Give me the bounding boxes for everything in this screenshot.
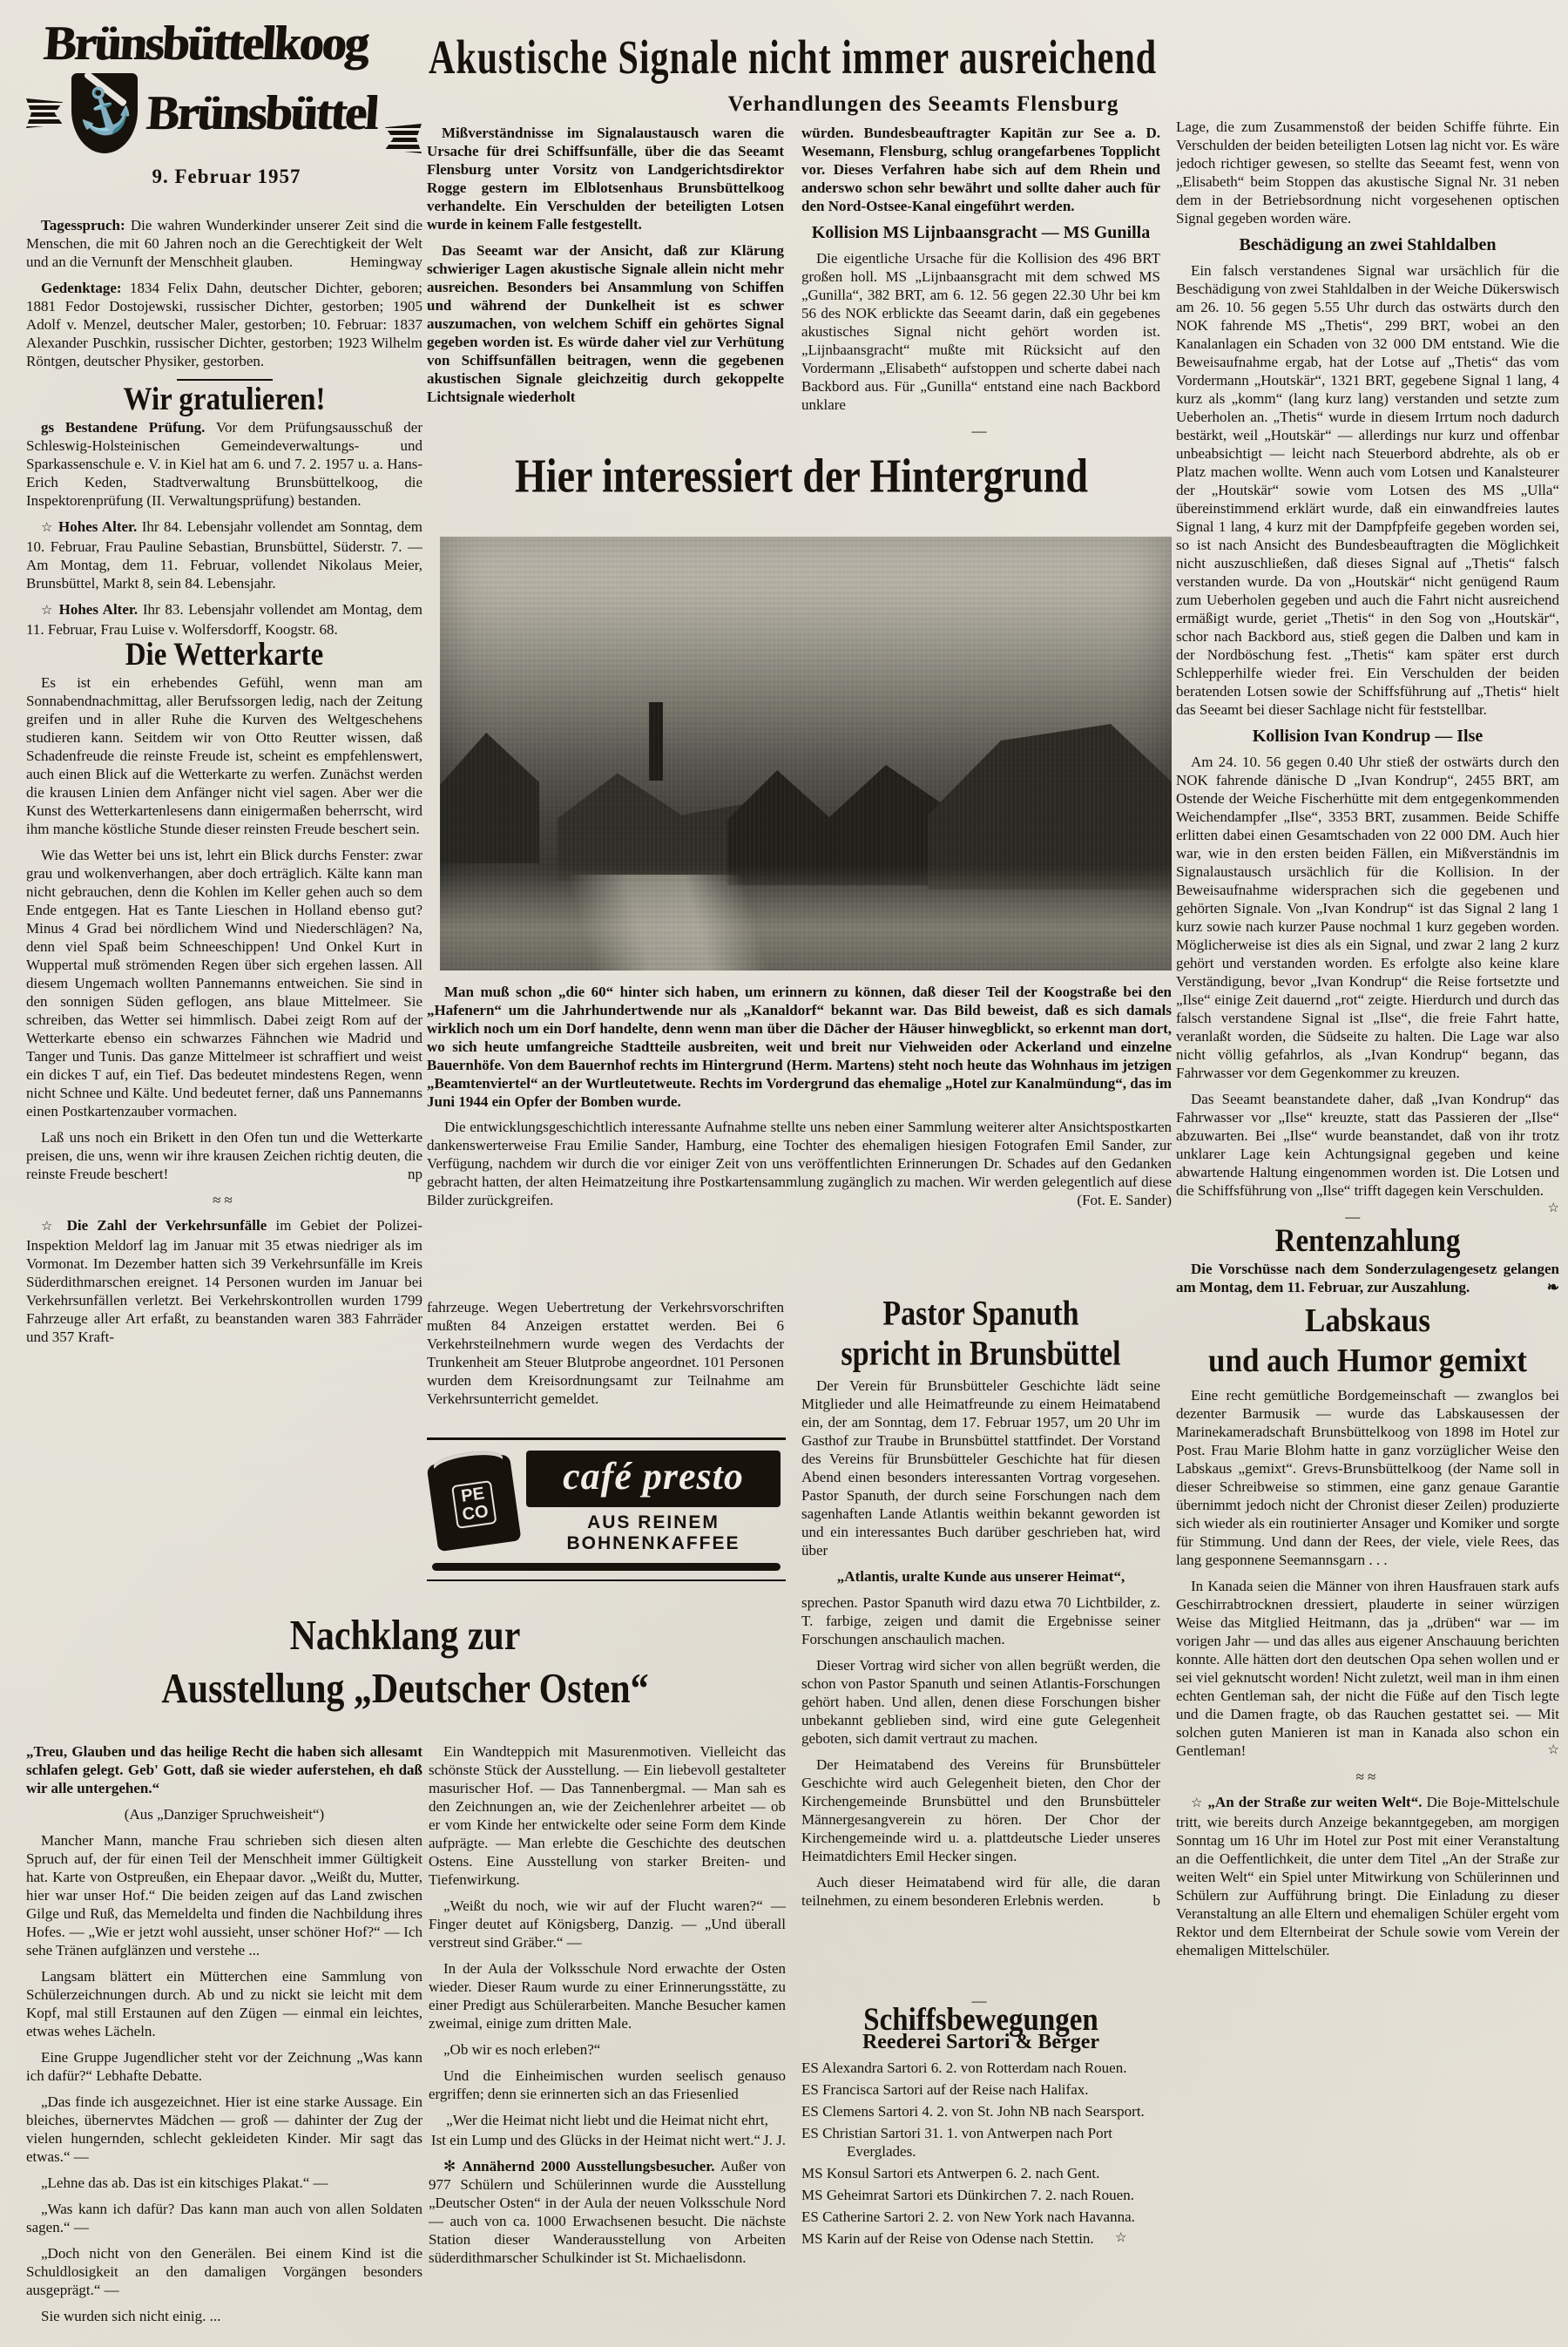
- ship-movement: MS Karin auf der Reise von Odense nach S…: [801, 2229, 1160, 2248]
- gedenktage-label: Gedenktage:: [41, 280, 122, 296]
- paragraph: Dieser Vortrag wird sicher von allen beg…: [801, 1656, 1160, 1748]
- masthead-title-line2: Brünsbüttel: [145, 89, 378, 138]
- lead-article-col1: Mißverständnisse im Signalaustausch ware…: [427, 124, 784, 414]
- asterisk-icon: ✻: [443, 2158, 456, 2175]
- paragraph: Das Seeamt beanstandete daher, daß „Ivan…: [1176, 1090, 1559, 1200]
- issue-date: 9. Februar 1957: [26, 166, 427, 188]
- flag-ribbon-icon: [26, 98, 63, 128]
- paragraph: Und die Einheimischen wurden seelisch ge…: [429, 2066, 786, 2103]
- author-initials: J. J.: [763, 2131, 786, 2149]
- coffee-tin-icon: PE CO: [427, 1453, 522, 1551]
- nachklang-left-column: „Treu, Glauben und das heilige Recht die…: [26, 1742, 422, 2347]
- squiggle-divider: ≈≈: [26, 1191, 422, 1209]
- paragraph: „Ob wir es noch erleben?“: [429, 2040, 786, 2059]
- paragraph: Ein Wandteppich mit Masurenmotiven. Viel…: [429, 1742, 786, 1889]
- paragraph: Am 24. 10. 56 gegen 0.40 Uhr stieß der o…: [1176, 753, 1559, 1082]
- nachklang-quote: „Treu, Glauben und das heilige Recht die…: [26, 1742, 422, 1797]
- strasse-note: ☆ „An der Straße zur weiten Welt“. Die B…: [1176, 1793, 1559, 1959]
- ad-brand: café presto: [526, 1451, 781, 1507]
- paragraph: „Das finde ich ausgezeichnet. Hier ist e…: [26, 2093, 422, 2166]
- spanuth-article: Pastor Spanuth spricht in Brunsbüttel De…: [801, 1296, 1160, 1992]
- anchor-shield-icon: ⚓: [71, 73, 138, 153]
- photo-caption: Man muß schon „die 60“ hinter sich haben…: [427, 983, 1172, 1216]
- masthead: Brünsbüttelkoog ⚓ Brünsbüttel 9. Februar…: [26, 19, 427, 188]
- paragraph: „Doch nicht von den Generälen. Bei einem…: [26, 2244, 422, 2299]
- lead-article-col2: würden. Bundesbeauftragter Kapitän zur S…: [801, 124, 1160, 447]
- paragraph: In der Aula der Volksschule Nord erwacht…: [429, 1959, 786, 2032]
- rentenzahlung-heading: Rentenzahlung: [1176, 1232, 1559, 1253]
- schiffsbewegungen-heading: Schiffsbewegungen: [801, 2011, 1160, 2032]
- star-icon: ☆: [41, 521, 54, 535]
- traffic-continuation: fahrzeuge. Wegen Uebertretung der Verkeh…: [427, 1298, 784, 1416]
- paragraph: Ein falsch verstandenes Signal war ursäc…: [1176, 261, 1559, 719]
- paragraph: Eine recht gemütliche Bordgemeinschaft —…: [1176, 1386, 1559, 1569]
- star-icon: ☆: [41, 1220, 57, 1234]
- gratulieren-heading: Wir gratulieren!: [26, 390, 422, 411]
- gratulieren-item: ☆ Hohes Alter. Ihr 84. Lebensjahr vollen…: [26, 517, 422, 592]
- author-initials: b: [1139, 1891, 1161, 1910]
- photo-credit: (Fot. E. Sander): [1059, 1191, 1172, 1209]
- tagesspruch-label: Tagesspruch:: [41, 217, 125, 233]
- photo-grain-overlay: [440, 537, 1172, 971]
- verkehrsunfaelle-note: ☆ Die Zahl der Verkehrsunfälle im Gebiet…: [26, 1216, 422, 1346]
- left-column: Tagesspruch: Die wahren Wunderkinder uns…: [26, 216, 422, 1600]
- star-icon: ☆: [1533, 1200, 1559, 1218]
- photo-headline: Hier interessiert der Hintergrund: [431, 448, 1172, 504]
- paragraph: Laß uns noch ein Brikett in den Ofen tun…: [26, 1128, 422, 1183]
- spanuth-motto: „Atlantis, uralte Kunde aus unserer Heim…: [801, 1567, 1160, 1586]
- paragraph: Auch dieser Heimatabend wird für alle, d…: [801, 1873, 1160, 1910]
- masthead-title-line1: Brünsbüttelkoog: [24, 19, 429, 68]
- right-column: Lage, die zum Zusammenstoß der beiden Sc…: [1176, 118, 1559, 2347]
- ship-movement: ES Clemens Sartori 4. 2. von St. John NB…: [801, 2102, 1160, 2120]
- paragraph: Der Heimatabend des Vereins für Brunsbüt…: [801, 1755, 1160, 1865]
- gratulieren-item: ☆ Hohes Alter. Ihr 83. Lebensjahr vollen…: [26, 600, 422, 639]
- nachklang-right-column: Ein Wandteppich mit Masurenmotiven. Viel…: [429, 1742, 786, 2347]
- ship-movement: MS Konsul Sartori ets Antwerpen 6. 2. na…: [801, 2164, 1160, 2182]
- nachklang-quote-source: (Aus „Danziger Spruchweisheit“): [26, 1805, 422, 1823]
- ship-movement: ES Catherine Sartori 2. 2. von New York …: [801, 2208, 1160, 2226]
- ad-tagline: AUS REINEM BOHNENKAFFEE: [526, 1512, 781, 1554]
- ad-underline-bar: [432, 1563, 781, 1571]
- paragraph: Der Verein für Brunsbütteler Geschichte …: [801, 1376, 1160, 1559]
- ship-movement: ES Alexandra Sartori 6. 2. von Rotterdam…: [801, 2059, 1160, 2077]
- paragraph: Die eigentliche Ursache für die Kollisio…: [801, 249, 1160, 414]
- kondrup-heading: Kollision Ivan Kondrup — Ilse: [1176, 727, 1559, 746]
- tin-label: PE CO: [451, 1480, 497, 1529]
- divider-rule: [177, 379, 273, 381]
- ornament-icon: ❧: [1532, 1278, 1559, 1296]
- historic-photo: [440, 537, 1172, 971]
- ship-movement: MS Geheimrat Sartori ets Dünkirchen 7. 2…: [801, 2186, 1160, 2204]
- ship-movement: ES Francisca Sartori auf der Reise nach …: [801, 2080, 1160, 2099]
- paragraph: In Kanada seien die Männer von ihren Hau…: [1176, 1577, 1559, 1760]
- schiffsbewegungen: — Schiffsbewegungen Reederei Sartori & B…: [801, 1992, 1160, 2347]
- paragraph: Es ist ein erhebendes Gefühl, wenn man a…: [26, 673, 422, 838]
- main-headline: Akustische Signale nicht immer ausreiche…: [429, 31, 1157, 85]
- paragraph: Mancher Mann, manche Frau schrieben sich…: [26, 1831, 422, 1959]
- paragraph: Das Seeamt war der Ansicht, daß zur Klär…: [427, 241, 784, 406]
- newspaper-page: Brünsbüttelkoog ⚓ Brünsbüttel 9. Februar…: [0, 0, 1568, 2347]
- besucher-note: ✻ Annähernd 2000 Ausstellungsbesucher. A…: [429, 2157, 786, 2267]
- author-initials: np: [393, 1165, 422, 1183]
- main-subhead: Verhandlungen des Seeamts Flensburg: [558, 92, 1289, 117]
- couplet-line: „Wer die Heimat nicht liebt und die Heim…: [429, 2111, 786, 2129]
- wetterkarte-heading: Die Wetterkarte: [26, 646, 422, 666]
- paragraph: „Was kann ich dafür? Das kann man auch v…: [26, 2200, 422, 2236]
- rentenzahlung-notice: Die Vorschüsse nach dem Sonderzulagenges…: [1176, 1260, 1559, 1296]
- paragraph: Eine Gruppe Jugendlicher steht vor der Z…: [26, 2048, 422, 2085]
- flag-ribbon-icon: [385, 124, 422, 153]
- star-icon: ☆: [1191, 1796, 1203, 1810]
- spanuth-heading: Pastor Spanuth spricht in Brunsbüttel: [801, 1296, 1160, 1374]
- lead-intro: Mißverständnisse im Signalaustausch ware…: [427, 124, 784, 233]
- paragraph: Langsam blättert ein Mütterchen eine Sam…: [26, 1967, 422, 2040]
- couplet-line: Ist ein Lump und des Glücks in der Heima…: [429, 2131, 786, 2149]
- tagesspruch-author: Hemingway: [335, 253, 422, 271]
- paragraph: Sie wurden sich nicht einig. ...: [26, 2307, 422, 2325]
- caption-text: Die entwicklungsgeschichtlich interessan…: [427, 1118, 1172, 1209]
- paragraph: sprechen. Pastor Spanuth wird dazu etwa …: [801, 1593, 1160, 1648]
- gedenktage: Gedenktage: 1834 Felix Dahn, deutscher D…: [26, 279, 422, 370]
- paragraph: „Lehne das ab. Das ist ein kitschiges Pl…: [26, 2174, 422, 2192]
- star-icon: ☆: [1533, 1742, 1559, 1760]
- labskaus-heading: Labskausund auch Humor gemixt: [1176, 1301, 1559, 1381]
- gratulieren-item: gs Bestandene Prüfung. Vor dem Prüfungsa…: [26, 418, 422, 510]
- stahldalben-heading: Beschädigung an zwei Stahldalben: [1176, 236, 1559, 254]
- caption-bold: Man muß schon „die 60“ hinter sich haben…: [427, 983, 1172, 1111]
- paragraph: Lage, die zum Zusammenstoß der beiden Sc…: [1176, 118, 1559, 227]
- squiggle-divider: ≈≈: [1176, 1768, 1559, 1786]
- ship-movement: ES Christian Sartori 31. 1. von Antwerpe…: [801, 2124, 1160, 2161]
- paragraph: Wie das Wetter bei uns ist, lehrt ein Bl…: [26, 846, 422, 1120]
- tagesspruch: Tagesspruch: Die wahren Wunderkinder uns…: [26, 216, 422, 271]
- paragraph: würden. Bundesbeauftragter Kapitän zur S…: [801, 124, 1160, 215]
- dash-divider: —: [801, 422, 1160, 440]
- gunilla-heading: Kollision MS Lijnbaansgracht — MS Gunill…: [801, 224, 1160, 242]
- paragraph: „Weißt du noch, wie wir auf der Flucht w…: [429, 1897, 786, 1951]
- star-icon: ☆: [41, 604, 54, 618]
- nachklang-headline: Nachklang zur Ausstellung „Deutscher Ost…: [26, 1610, 784, 1715]
- anchor-icon: ⚓: [71, 82, 139, 142]
- coffee-ad: PE CO café presto AUS REINEM BOHNENKAFFE…: [427, 1437, 786, 1581]
